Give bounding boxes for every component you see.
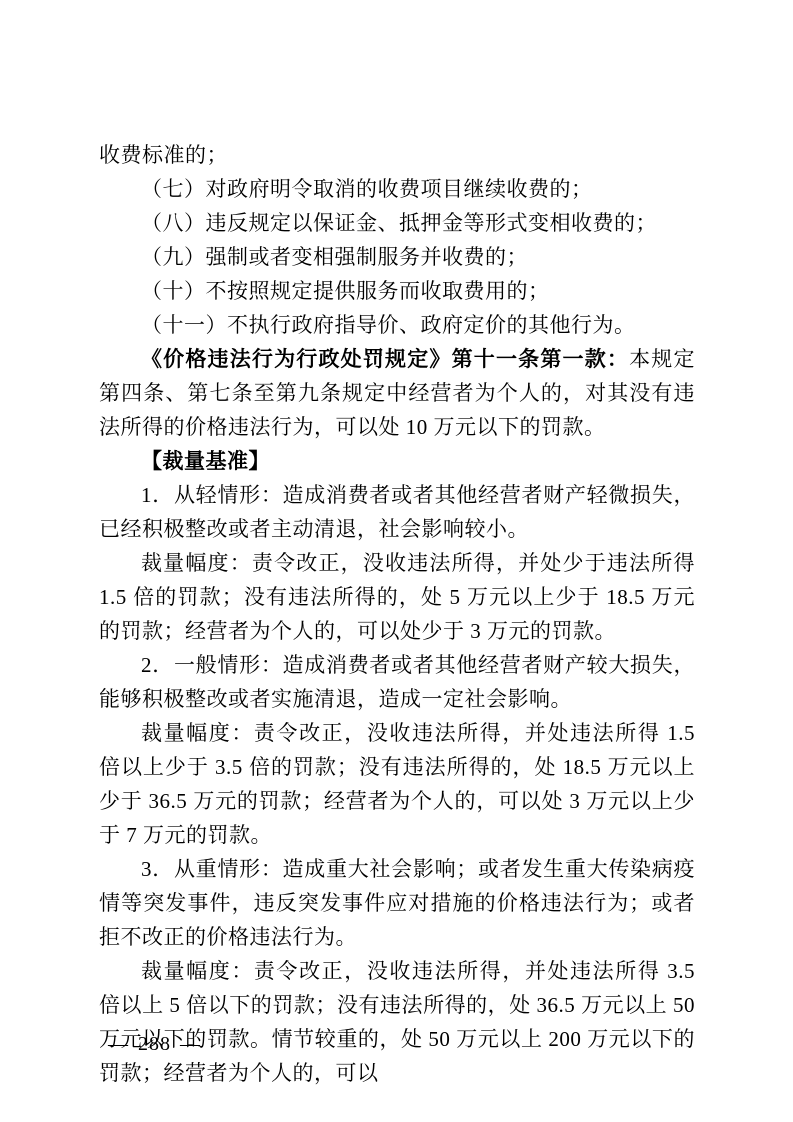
benchmark-heading: 【裁量基准】	[99, 444, 695, 478]
scenario-1-situation: 1．从轻情形：造成消费者或者其他经营者财产轻微损失，已经积极整改或者主动清退，社…	[99, 478, 695, 546]
scenario-2-range: 裁量幅度：责令改正，没收违法所得，并处违法所得 1.5 倍以上少于 3.5 倍的…	[99, 716, 695, 852]
regulation-paragraph: 《价格违法行为行政处罚规定》第十一条第一款：本规定第四条、第七条至第九条规定中经…	[99, 342, 695, 444]
footer-dash-right: —	[180, 1030, 201, 1058]
page-number: 288	[138, 1033, 171, 1055]
scenario-3-situation: 3．从重情形：造成重大社会影响；或者发生重大传染病疫情等突发事件，违反突发事件应…	[99, 852, 695, 954]
scenario-1-range: 裁量幅度：责令改正，没收违法所得，并处少于违法所得 1.5 倍的罚款；没有违法所…	[99, 546, 695, 648]
list-item-9: （九）强制或者变相强制服务并收费的；	[99, 240, 695, 274]
list-item-7: （七）对政府明令取消的收费项目继续收费的；	[99, 172, 695, 206]
list-item-11: （十一）不执行政府指导价、政府定价的其他行为。	[99, 308, 695, 342]
regulation-title: 《价格违法行为行政处罚规定》第十一条第一款：	[141, 347, 629, 371]
scenario-3-range: 裁量幅度：责令改正，没收违法所得，并处违法所得 3.5 倍以上 5 倍以下的罚款…	[99, 954, 695, 1090]
scenario-2-situation: 2．一般情形：造成消费者或者其他经营者财产较大损失，能够积极整改或者实施清退，造…	[99, 648, 695, 716]
page-body: 收费标准的； （七）对政府明令取消的收费项目继续收费的； （八）违反规定以保证金…	[99, 138, 695, 1090]
list-item-10: （十）不按照规定提供服务而收取费用的；	[99, 274, 695, 308]
list-item-8: （八）违反规定以保证金、抵押金等形式变相收费的；	[99, 206, 695, 240]
footer-dash-left: —	[108, 1030, 129, 1058]
paragraph-continuation: 收费标准的；	[99, 138, 695, 172]
document-page: 收费标准的； （七）对政府明令取消的收费项目继续收费的； （八）违反规定以保证金…	[0, 0, 793, 1122]
page-footer: —288—	[99, 1030, 210, 1058]
